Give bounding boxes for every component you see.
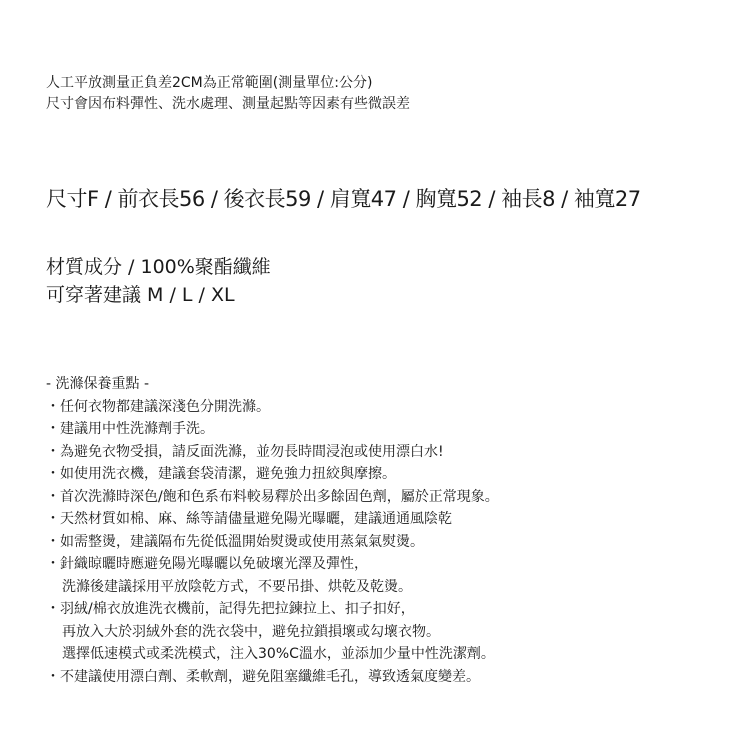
care-line: ・針織晾曬時應避免陽光曝曬以免破壞光澤及彈性， bbox=[46, 553, 499, 576]
care-line-continuation: 再放入大於羽絨外套的洗衣袋中，避免拉鎖損壞或勾壞衣物。 bbox=[46, 621, 499, 644]
measurement-note-line-2: 尺寸會因布料彈性、洗水處理、測量起點等因素有些微誤差 bbox=[46, 94, 410, 115]
material-composition: 材質成分 / 100%聚酯纖維 bbox=[46, 253, 271, 281]
care-line: ・任何衣物都建議深淺色分開洗滌。 bbox=[46, 396, 499, 419]
care-line: ・如使用洗衣機，建議套袋清潔，避免強力扭絞與摩擦。 bbox=[46, 463, 499, 486]
measurement-note-line-1: 人工平放測量正負差2CM為正常範圍(測量單位:公分) bbox=[46, 73, 410, 94]
care-line-continuation: 選擇低速模式或柔洗模式，注入30%C溫水，並添加少量中性洗潔劑。 bbox=[46, 643, 499, 666]
care-line: ・羽絨/棉衣放進洗衣機前，記得先把拉鍊拉上、扣子扣好， bbox=[46, 598, 499, 621]
care-instructions: - 洗滌保養重點 - ・任何衣物都建議深淺色分開洗滌。 ・建議用中性洗滌劑手洗。… bbox=[46, 373, 499, 688]
material-info: 材質成分 / 100%聚酯纖維 可穿著建議 M / L / XL bbox=[46, 253, 271, 309]
recommended-fit: 可穿著建議 M / L / XL bbox=[46, 281, 271, 309]
size-spec: 尺寸F / 前衣長56 / 後衣長59 / 肩寬47 / 胸寬52 / 袖長8 … bbox=[46, 183, 641, 215]
care-line: ・建議用中性洗滌劑手洗。 bbox=[46, 418, 499, 441]
care-title: - 洗滌保養重點 - bbox=[46, 373, 499, 396]
care-line: ・不建議使用漂白劑、柔軟劑，避免阻塞纖維毛孔，導致透氣度變差。 bbox=[46, 666, 499, 689]
care-line: ・首次洗滌時深色/飽和色系布料較易釋於出多餘固色劑，屬於正常現象。 bbox=[46, 486, 499, 509]
care-line-continuation: 洗滌後建議採用平放陰乾方式，不要吊掛、烘乾及乾燙。 bbox=[46, 576, 499, 599]
care-line: ・天然材質如棉、麻、絲等請儘量避免陽光曝曬，建議通通風陰乾 bbox=[46, 508, 499, 531]
care-line: ・如需整燙，建議隔布先從低溫開始熨燙或使用蒸氣氣熨燙。 bbox=[46, 531, 499, 554]
care-line: ・為避免衣物受損，請反面洗滌，並勿長時間浸泡或使用漂白水! bbox=[46, 441, 499, 464]
measurement-note: 人工平放測量正負差2CM為正常範圍(測量單位:公分) 尺寸會因布料彈性、洗水處理… bbox=[46, 73, 410, 115]
